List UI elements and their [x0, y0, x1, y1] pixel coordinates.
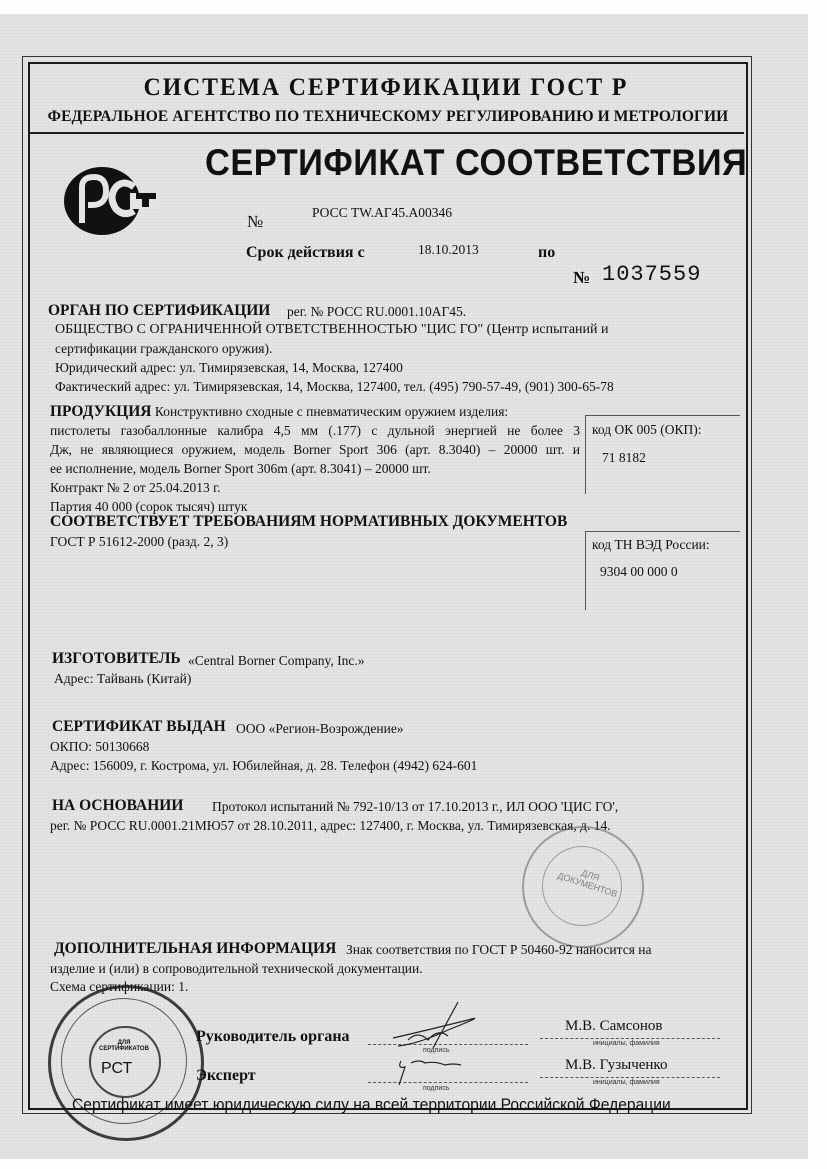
number-sign: № — [247, 212, 263, 232]
additional-line2: изделие и (или) в сопроводительной техни… — [50, 959, 423, 978]
stamp-center-text: ДЛЯ СЕРТИФИКАТОВ — [99, 1040, 149, 1052]
basis-heading: НА ОСНОВАНИИ — [52, 797, 183, 815]
header-divider — [30, 132, 744, 134]
product-line: ее исполнение, модель Borner Sport 306m … — [50, 459, 580, 478]
blank-number: 1037559 — [602, 262, 701, 287]
basis-line2: рег. № РОСС RU.0001.21МЮ57 от 28.10.2011… — [50, 816, 611, 835]
system-title: СИСТЕМА СЕРТИФИКАЦИИ ГОСТ Р — [19, 74, 752, 102]
product-line: Дж, не являющиеся оружием, модель Borner… — [50, 440, 580, 459]
head-name-caption: инициалы, фамилия — [593, 1040, 660, 1047]
compliance-standard: ГОСТ Р 51612-2000 (разд. 2, 3) — [50, 532, 228, 551]
manufacturer-heading: ИЗГОТОВИТЕЛЬ — [52, 650, 181, 668]
head-label: Руководитель органа — [196, 1028, 350, 1046]
issued-to-okpo: ОКПО: 50130668 — [50, 737, 149, 756]
cert-body-name-line2: сертификации гражданского оружия). — [55, 339, 272, 358]
additional-heading: ДОПОЛНИТЕЛЬНАЯ ИНФОРМАЦИЯ — [54, 940, 336, 958]
product-section: ПРОДУКЦИЯ Конструктивно сходные с пневма… — [50, 402, 580, 516]
expert-name-caption: инициалы, фамилия — [593, 1079, 660, 1086]
okp-code: 71 8182 — [602, 448, 646, 467]
blank-number-sign: № — [573, 268, 590, 288]
valid-to-label: по — [538, 244, 555, 262]
additional-line1: Знак соответствия по ГОСТ Р 50460-92 нан… — [346, 940, 652, 959]
certification-body-stamp: ДЛЯ СЕРТИФИКАТОВ РСТ — [48, 985, 204, 1141]
manufacturer-name: «Central Borner Company, Inc.» — [188, 651, 364, 670]
tnved-label: код ТН ВЭД России: — [592, 535, 710, 554]
valid-from-date: 18.10.2013 — [418, 242, 479, 258]
basis-line1: Протокол испытаний № 792-10/13 от 17.10.… — [212, 797, 618, 816]
documents-stamp: ДЛЯ ДОКУМЕНТОВ — [522, 826, 644, 948]
cert-body-legal-address: Юридический адрес: ул. Тимирязевская, 14… — [55, 358, 403, 377]
product-line: Конструктивно сходные с пневматическим о… — [155, 404, 508, 419]
tnved-code: 9304 00 000 0 — [600, 562, 678, 581]
legal-force-statement: Сертификат имеет юридическую силу на все… — [72, 1095, 671, 1115]
contract-line: Контракт № 2 от 25.04.2013 г. — [50, 478, 580, 497]
expert-label: Эксперт — [196, 1067, 256, 1085]
head-name-line — [540, 1038, 720, 1039]
agency-name: ФЕДЕРАЛЬНОЕ АГЕНТСТВО ПО ТЕХНИЧЕСКОМУ РЕ… — [30, 108, 746, 126]
product-heading: ПРОДУКЦИЯ — [50, 403, 152, 420]
okp-label: код ОК 005 (ОКП): — [592, 420, 701, 439]
stamp-logo-icon: РСТ — [101, 1060, 132, 1078]
head-name: М.В. Самсонов — [565, 1018, 663, 1035]
expert-name-line — [540, 1077, 720, 1078]
expert-name: М.В. Гузыченко — [565, 1057, 667, 1074]
certificate-title: СЕРТИФИКАТ СООТВЕТСТВИЯ — [205, 142, 747, 184]
product-line: пистолеты газобаллонные калибра 4,5 мм (… — [50, 421, 580, 440]
validity-label: Срок действия с — [246, 244, 365, 262]
rst-logo-icon — [60, 165, 160, 242]
manufacturer-address: Адрес: Тайвань (Китай) — [54, 669, 191, 688]
issued-to-address: Адрес: 156009, г. Кострома, ул. Юбилейна… — [50, 756, 477, 775]
issued-to-name: ООО «Регион-Возрождение» — [236, 719, 404, 738]
compliance-heading: СООТВЕТСТВУЕТ ТРЕБОВАНИЯМ НОРМАТИВНЫХ ДО… — [50, 513, 567, 531]
certificate-number: РОСС TW.АГ45.А00346 — [312, 205, 452, 221]
expert-signature-caption: подпись — [423, 1085, 449, 1092]
cert-body-actual-address: Фактический адрес: ул. Тимирязевская, 14… — [55, 377, 614, 396]
cert-body-name-line1: ОБЩЕСТВО С ОГРАНИЧЕННОЙ ОТВЕТСТВЕННОСТЬЮ… — [55, 320, 609, 339]
cert-body-heading: ОРГАН ПО СЕРТИФИКАЦИИ — [48, 302, 270, 320]
cert-body-reg: рег. № РОСС RU.0001.10АГ45. — [287, 302, 466, 321]
issued-to-heading: СЕРТИФИКАТ ВЫДАН — [52, 718, 226, 736]
